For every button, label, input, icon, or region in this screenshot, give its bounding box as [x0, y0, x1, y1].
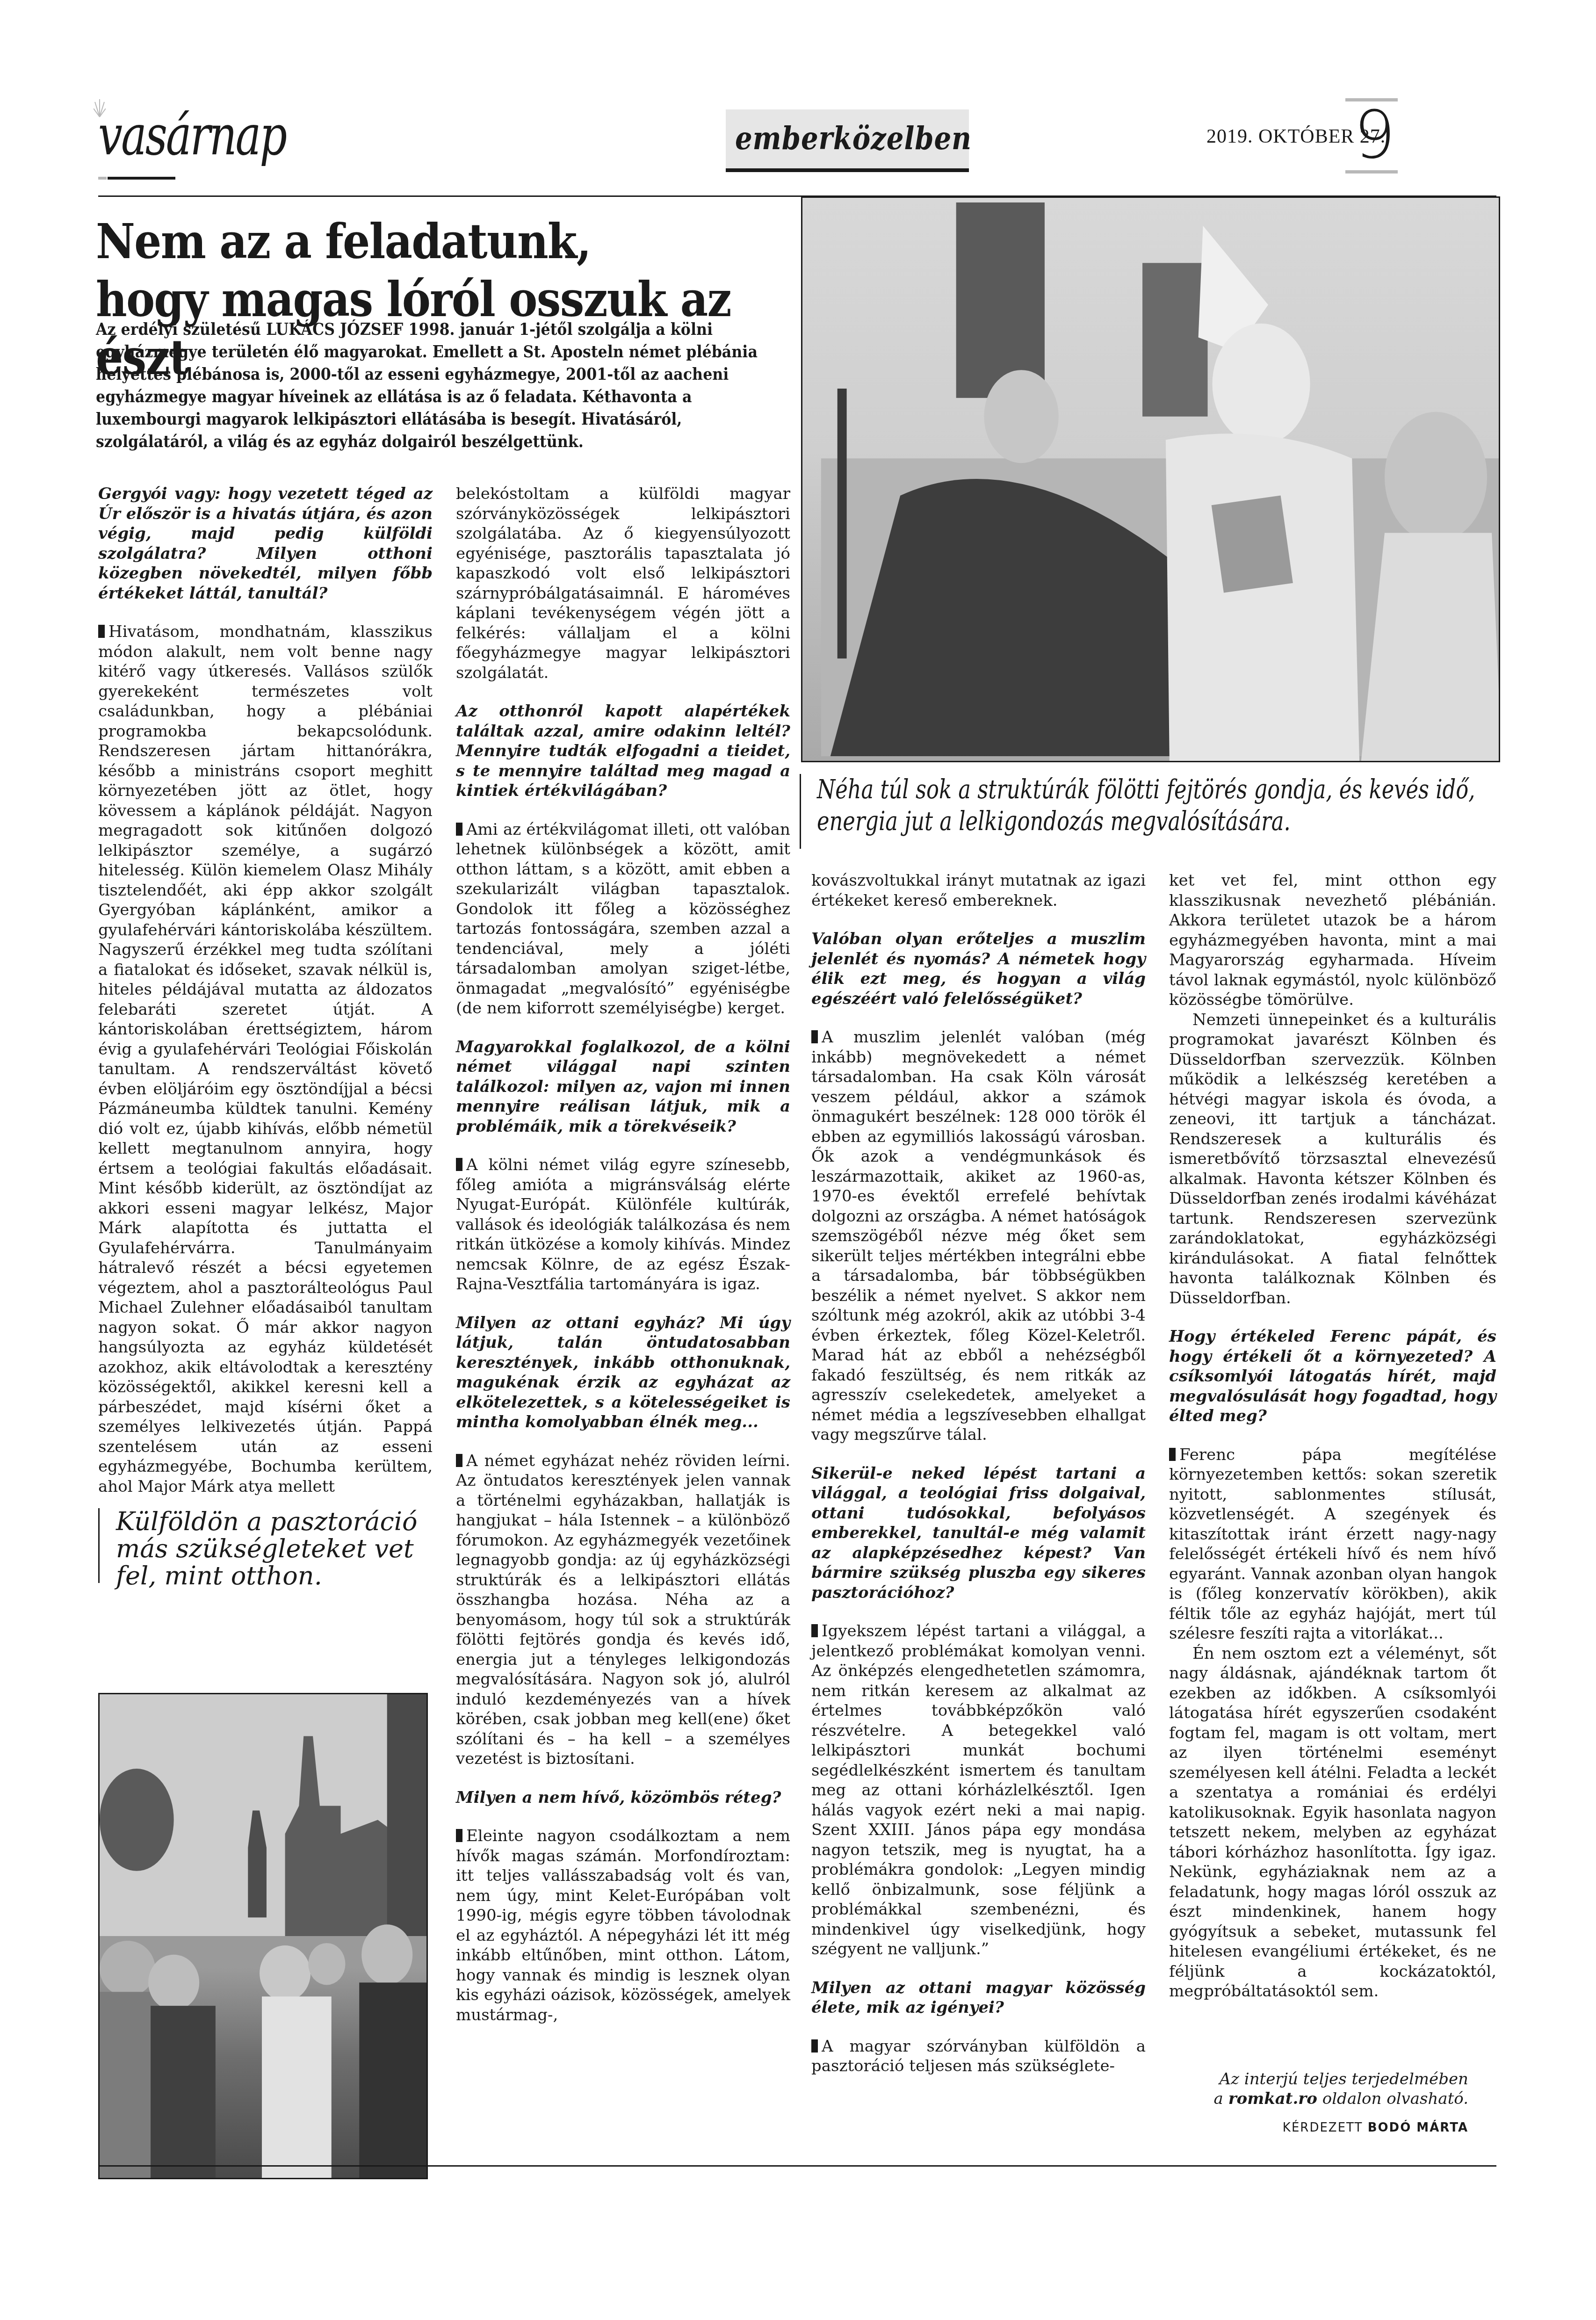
answer-marker-icon	[456, 1454, 462, 1467]
lead-paragraph: Az erdélyi születésű LUKÁCS JÓZSEF 1998.…	[96, 318, 779, 453]
photo-group-church-riverside-icon	[100, 1694, 426, 2178]
section-tab: emberközelben	[726, 109, 969, 172]
online-note: Az interjú teljes terjedelmében a romkat…	[1197, 2069, 1468, 2109]
answer-8: A magyar szórványban külföldön a pasztor…	[811, 2037, 1146, 2076]
column-1: Gergyói vagy: hogy vezetett téged az Úr …	[98, 484, 433, 1496]
answer-9: Ferenc pápa megítélése környezetemben ke…	[1169, 1445, 1496, 1644]
question-6: Valóban olyan erőteljes a muszlim jelenl…	[811, 929, 1146, 1009]
section-label: emberközelben	[735, 120, 972, 157]
answer-marker-icon	[98, 625, 105, 638]
online-note-line-2: a romkat.ro oldalon olvasható.	[1197, 2089, 1468, 2109]
answer-1-continued: belekóstoltam a külföldi magyar szórvány…	[456, 484, 790, 683]
column-3: kovászvoltukkal irányt mutatnak az igazi…	[811, 871, 1146, 2076]
main-photo	[801, 196, 1500, 762]
logo-wordmark: vasárnap	[98, 108, 286, 163]
answer-marker-icon	[456, 1158, 462, 1171]
answer-9-paragraph-2: Én nem osztom ezt a véleményt, sőt nagy …	[1169, 1644, 1496, 2002]
answer-6: A muszlim jelenlét valóban (még inkább) …	[811, 1027, 1146, 1445]
masthead-logo: vasárnap	[94, 98, 346, 168]
online-note-line-1: Az interjú teljes terjedelmében	[1197, 2069, 1468, 2089]
answer-marker-icon	[456, 823, 462, 836]
footer-divider	[98, 2165, 1496, 2167]
question-9: Hogy értékeled Ferenc pápát, és hogy ért…	[1169, 1327, 1496, 1426]
column-2: belekóstoltam a külföldi magyar szórvány…	[456, 484, 790, 2025]
question-5: Milyen a nem hívő, közömbös réteg?	[456, 1788, 790, 1808]
page-number-rule-bottom	[1345, 170, 1398, 173]
answer-1-text: Hivatásom, mondhatnám, klasszikus módon …	[98, 622, 433, 1496]
answer-marker-icon	[811, 1624, 818, 1637]
answer-7: Igyekszem lépést tartani a világgal, a j…	[811, 1621, 1146, 1959]
byline: KÉRDEZETT BODÓ MÁRTA	[1216, 2121, 1468, 2135]
logo-underline-black	[108, 177, 175, 180]
answer-5-continued: kovászvoltukkal irányt mutatnak az igazi…	[811, 871, 1146, 911]
pull-quote-right-text: Néha túl sok a struktúrák fölötti fejtör…	[817, 774, 1490, 838]
answer-2: Ami az értékvilágomat illeti, ott valóba…	[456, 820, 790, 1019]
byline-author: BODÓ MÁRTA	[1368, 2121, 1468, 2135]
answer-5: Eleinte nagyon csodálkoztam a nem hívők …	[456, 1826, 790, 2025]
byline-label: KÉRDEZETT	[1283, 2121, 1368, 2135]
answer-marker-icon	[1169, 1448, 1176, 1461]
answer-1: Hivatásom, mondhatnám, klasszikus módon …	[98, 622, 433, 1496]
answer-8-continued: ket vet fel, mint otthon egy klasszikusn…	[1169, 871, 1496, 1010]
answer-4: A német egyházat nehéz röviden leírni. A…	[456, 1451, 790, 1769]
question-1: Gergyói vagy: hogy vezetett téged az Úr …	[98, 484, 433, 603]
question-7: Sikerül-e neked lépést tartani a világga…	[811, 1464, 1146, 1603]
pull-quote-right: Néha túl sok a struktúrák fölötti fejtör…	[800, 774, 1501, 849]
question-8: Milyen az ottani magyar közösség élete, …	[811, 1978, 1146, 2018]
answer-8-paragraph-2: Nemzeti ünnepeinket és a kulturális prog…	[1169, 1010, 1496, 1308]
website-link[interactable]: romkat.ro	[1228, 2089, 1317, 2108]
question-3: Magyarokkal foglalkozol, de a kölni néme…	[456, 1037, 790, 1137]
answer-marker-icon	[811, 2039, 818, 2053]
photo-priest-and-saint-nicholas-icon	[802, 198, 1499, 761]
headline-line-1: Nem az a feladatunk,	[96, 213, 736, 271]
logo-underline-grey	[98, 177, 107, 180]
group-photo	[98, 1693, 428, 2179]
question-2: Az otthonról kapott alapértékek találtak…	[456, 701, 790, 801]
pull-quote-left-text: Külföldön a pasztoráció más szükségletek…	[116, 1508, 426, 1590]
column-4: ket vet fel, mint otthon egy klasszikusn…	[1169, 871, 1496, 2020]
answer-marker-icon	[456, 1829, 462, 1842]
question-4: Milyen az ottani egyház? Mi úgy látjuk, …	[456, 1313, 790, 1432]
answer-3: A kölni német világ egyre színesebb, fől…	[456, 1155, 790, 1294]
page-number: 9	[1354, 98, 1395, 173]
pull-quote-left: Külföldön a pasztoráció más szükségletek…	[98, 1508, 426, 1583]
answer-marker-icon	[811, 1030, 818, 1043]
